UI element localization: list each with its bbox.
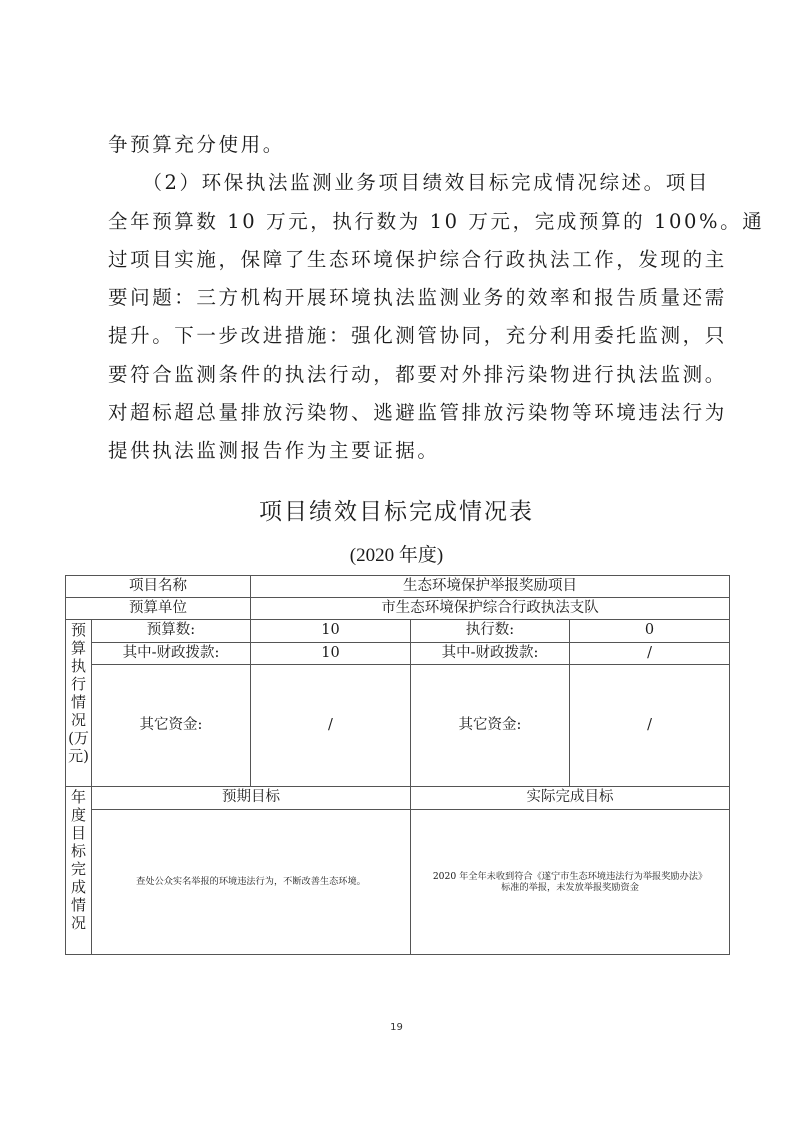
budget-amount-value: 10: [251, 620, 411, 643]
executed-fiscal-value: /: [570, 643, 730, 665]
budget-unit-label: 预算单位: [66, 598, 251, 620]
annual-goal-section-label: 年 度 目 标 完 成 情 况: [66, 787, 92, 955]
executed-other-funds-label: 其它资金:: [411, 665, 570, 787]
label-char: 情: [71, 693, 86, 711]
executed-amount-label: 执行数:: [411, 620, 570, 643]
text-line: 全年预算数 10 万元，执行数为 10 万元，完成预算的 100%。通: [108, 203, 720, 241]
executed-fiscal-label: 其中-财政拨款:: [411, 643, 570, 665]
budget-unit-value: 市生态环境保护综合行政执法支队: [251, 598, 730, 620]
text-line: 要问题：三方机构开展环境执法监测业务的效率和报告质量还需: [108, 279, 720, 317]
label-char: 元): [68, 747, 89, 765]
table-row: 查处公众实名举报的环境违法行为，不断改善生态环境。 2020 年全年未收到符合《…: [66, 810, 730, 955]
label-char: (万: [68, 729, 89, 747]
budget-amount-label: 预算数:: [92, 620, 251, 643]
label-char: 执: [71, 657, 86, 675]
text-line: （2）环保执法监测业务项目绩效目标完成情况综述。项目: [108, 164, 720, 202]
executed-amount-value: 0: [570, 620, 730, 643]
expected-goal-text: 查处公众实名举报的环境违法行为，不断改善生态环境。: [92, 810, 411, 955]
text-line: 要符合监测条件的执法行动，都要对外排污染物进行执法监测。: [108, 356, 720, 394]
label-char: 完: [71, 860, 86, 878]
page-number: 19: [0, 1022, 793, 1033]
actual-goal-line: 2020 年全年未收到符合《遂宁市生态环境违法行为举报奖励办法》: [433, 871, 707, 882]
table-row: 其中-财政拨款: 10 其中-财政拨款: /: [66, 643, 730, 665]
budget-execution-section-label: 预 算 执 行 情 况 (万 元): [66, 620, 92, 787]
expected-goal-header: 预期目标: [92, 787, 411, 810]
table-subtitle: (2020 年度): [0, 540, 793, 567]
budget-fiscal-label: 其中-财政拨款:: [92, 643, 251, 665]
actual-goal-header: 实际完成目标: [411, 787, 730, 810]
label-char: 况: [71, 914, 86, 932]
table-row: 其它资金: / 其它资金: /: [66, 665, 730, 787]
text-line: 提升。下一步改进措施：强化测管协同，充分利用委托监测，只: [108, 317, 720, 355]
project-name-label: 项目名称: [66, 576, 251, 598]
actual-goal-line: 标准的举报，未发放举报奖励资金: [501, 882, 639, 893]
budget-other-funds-label: 其它资金:: [92, 665, 251, 787]
label-char: 目: [71, 824, 86, 842]
label-char: 度: [71, 806, 86, 824]
body-paragraph: 争预算充分使用。 （2）环保执法监测业务项目绩效目标完成情况综述。项目 全年预算…: [108, 126, 720, 471]
budget-fiscal-value: 10: [251, 643, 411, 665]
label-char: 情: [71, 896, 86, 914]
actual-goal-text: 2020 年全年未收到符合《遂宁市生态环境违法行为举报奖励办法》 标准的举报，未…: [411, 810, 730, 955]
table-row: 预 算 执 行 情 况 (万 元) 预算数: 10 执行数: 0: [66, 620, 730, 643]
performance-table: 项目名称 生态环境保护举报奖励项目 预算单位 市生态环境保护综合行政执法支队 预…: [65, 575, 730, 955]
text-line: 提供执法监测报告作为主要证据。: [108, 432, 720, 470]
table-row: 项目名称 生态环境保护举报奖励项目: [66, 576, 730, 598]
label-char: 算: [71, 639, 86, 657]
label-char: 年: [71, 788, 86, 806]
label-char: 预: [71, 621, 86, 639]
label-char: 行: [71, 675, 86, 693]
label-char: 标: [71, 842, 86, 860]
text-line: 对超标超总量排放污染物、逃避监管排放污染物等环境违法行为: [108, 394, 720, 432]
budget-other-funds-value: /: [251, 665, 411, 787]
table-row: 年 度 目 标 完 成 情 况 预期目标 实际完成目标: [66, 787, 730, 810]
project-name-value: 生态环境保护举报奖励项目: [251, 576, 730, 598]
table-row: 预算单位 市生态环境保护综合行政执法支队: [66, 598, 730, 620]
label-char: 成: [71, 878, 86, 896]
table-title: 项目绩效目标完成情况表: [0, 493, 793, 526]
executed-other-funds-value: /: [570, 665, 730, 787]
text-line: 过项目实施，保障了生态环境保护综合行政执法工作，发现的主: [108, 241, 720, 279]
label-char: 况: [71, 711, 86, 729]
text-line: 争预算充分使用。: [108, 126, 720, 164]
